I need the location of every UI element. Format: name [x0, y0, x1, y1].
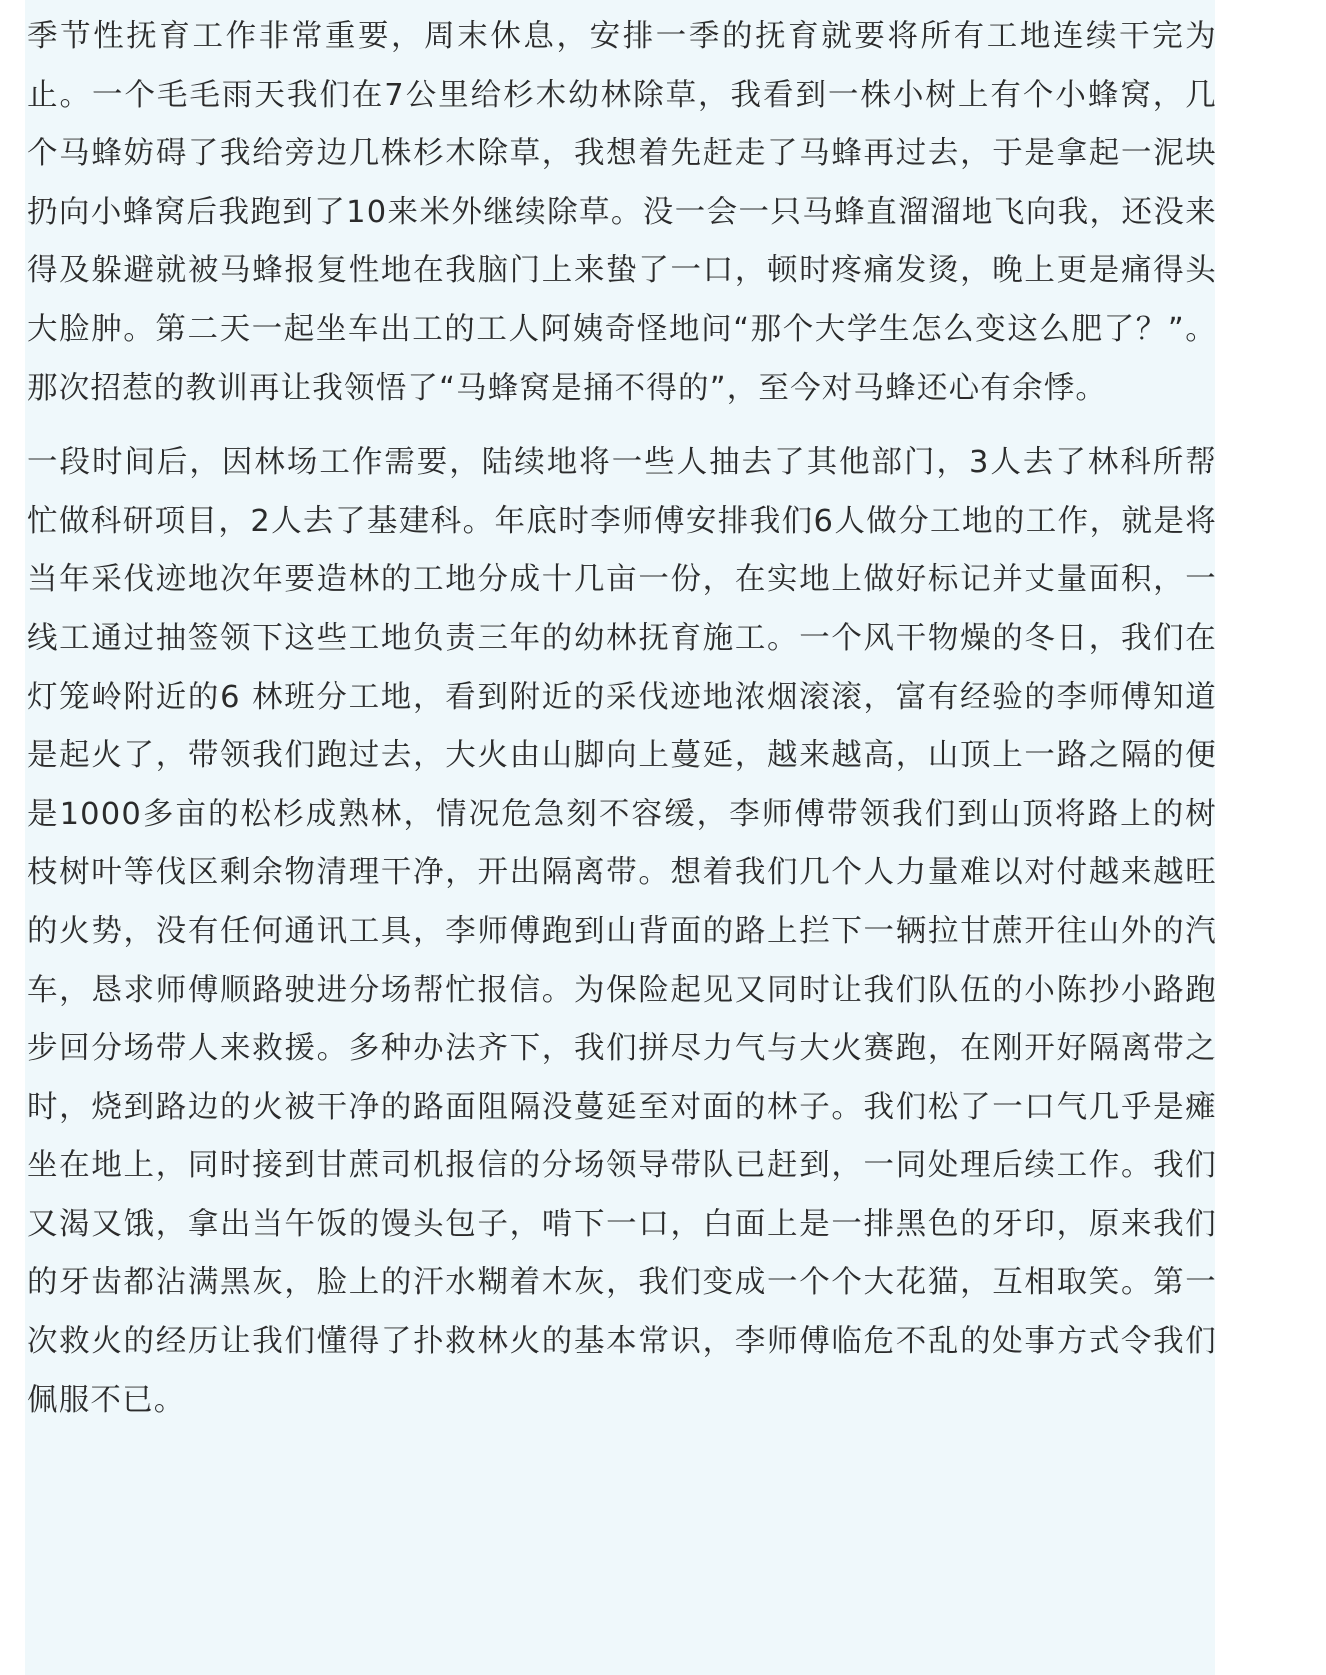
paragraph-hornet-story: 季节性抚育工作非常重要，周末休息，安排一季的抚育就要将所有工地连续干完为止。一个…	[27, 8, 1217, 418]
article-body: 季节性抚育工作非常重要，周末休息，安排一季的抚育就要将所有工地连续干完为止。一个…	[27, 8, 1217, 1446]
paragraph-forest-fire-story: 一段时间后，因林场工作需要，陆续地将一些人抽去了其他部门，3人去了林科所帮忙做科…	[27, 434, 1217, 1430]
